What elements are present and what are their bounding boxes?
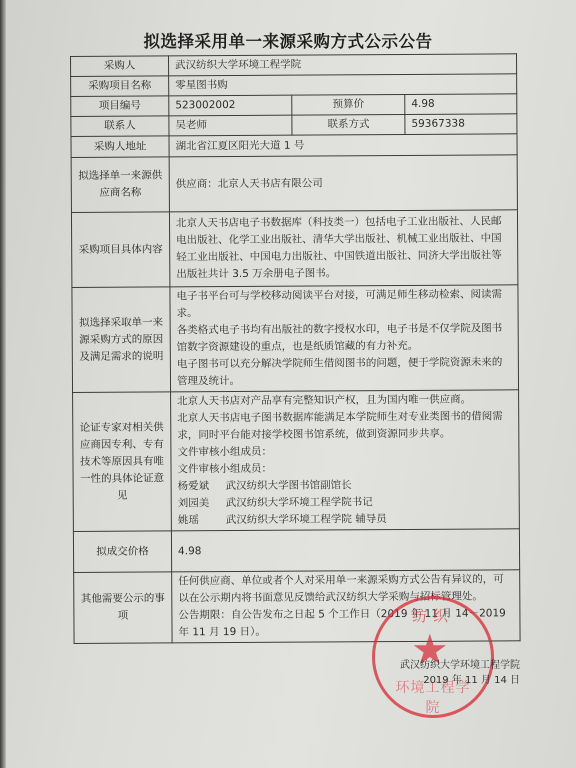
expert-value: 北京人天书店对产品享有完整知识产权，且为国内唯一供应商。 北京人天书店电子图书数… <box>171 390 520 531</box>
project-no-value: 523002002 <box>169 95 292 116</box>
supplier-label: 拟选择单一来源供应商名称 <box>71 157 169 213</box>
member-title: 武汉纺织大学图书馆副馆长 <box>226 477 352 495</box>
signature-block: 武汉纺织大学环境工程学院 2019 年 11 月 14 日 <box>360 658 520 688</box>
content-label: 采购项目具体内容 <box>71 212 169 288</box>
deal-price-value: 4.98 <box>171 529 519 572</box>
other-label: 其他需要公示的事项 <box>74 572 172 644</box>
budget-value: 4.98 <box>405 94 517 115</box>
page-edge-shadow <box>0 0 6 768</box>
expert-label: 论证专家对相关供应商因专利、专有技术等原因具有唯一性的具体论证意见 <box>73 392 172 532</box>
review-member: 杨爱斌 武汉纺织大学图书馆副馆长 <box>178 476 513 495</box>
signature-org: 武汉纺织大学环境工程学院 <box>360 658 520 673</box>
row-contact: 联系人 吴老师 联系方式 59367338 <box>71 114 517 137</box>
review-member: 刘园美 武汉纺织大学环境工程学院书记 <box>178 493 513 512</box>
row-supplier: 拟选择单一来源供应商名称 供应商：北京人天书店有限公司 <box>71 155 517 213</box>
contact-value: 吴老师 <box>169 115 292 136</box>
expert-line: 文件审核小组成员： <box>177 442 512 461</box>
row-project-name: 采购项目名称 零星图书购 <box>71 74 517 97</box>
purchaser-label: 采购人 <box>71 56 169 77</box>
row-deal-price: 拟成交价格 4.98 <box>73 529 519 573</box>
supplier-value: 供应商：北京人天书店有限公司 <box>169 155 517 212</box>
reason-line: 各类格式电子书均有出版社的数字授权水印，电子书是不仅学院及图书馆数字资源建设的重… <box>177 320 512 356</box>
row-content: 采购项目具体内容 北京人天书店电子书数据库（科技类一）包括电子工业出版社、人民邮… <box>71 210 517 288</box>
row-project-no: 项目编号 523002002 预算价 4.98 <box>71 94 517 117</box>
row-address: 采购人地址 湖北省江夏区阳光大道 1 号 <box>71 134 517 158</box>
deal-price-label: 拟成交价格 <box>73 531 171 573</box>
row-purchaser: 采购人 武汉纺织大学环境工程学院 <box>71 54 517 77</box>
reason-label: 拟选择采取单一来源采购方式的原因及满足需求的说明 <box>72 287 171 393</box>
member-name: 杨爱斌 <box>178 478 226 495</box>
project-name-label: 采购项目名称 <box>71 76 169 97</box>
reason-line: 电子图书可以充分解决学院师生借阅图书的问题，便于学院资源未来的管理及统计。 <box>177 354 512 390</box>
other-line: 任何供应商、单位或者个人对采用单一来源采购方式公告有异议的，可以在公示期内将书面… <box>178 571 513 607</box>
contact-label: 联系人 <box>71 116 169 137</box>
member-title: 武汉纺织大学环境工程学院书记 <box>226 494 373 512</box>
document-title: 拟选择采用单一来源采购方式公示公告 <box>0 28 576 52</box>
member-name: 姚瑶 <box>178 512 226 529</box>
address-value: 湖北省江夏区阳光大道 1 号 <box>169 134 517 157</box>
seal-top-text: 纺织 <box>389 605 477 626</box>
address-label: 采购人地址 <box>71 136 169 158</box>
purchaser-value: 武汉纺织大学环境工程学院 <box>169 54 517 76</box>
expert-line: 北京人天书店对产品享有完整知识产权，且为国内唯一供应商。 <box>177 391 512 410</box>
row-reason: 拟选择采取单一来源采购方式的原因及满足需求的说明 电子书平台可与学校移动阅读平台… <box>72 285 519 393</box>
expert-line: 北京人天书店电子图书数据库能满足本学院师生对专业类图书的借阅需求，同时平台能对接… <box>177 408 512 444</box>
project-no-label: 项目编号 <box>71 96 169 117</box>
row-expert-opinion: 论证专家对相关供应商因专利、专有技术等原因具有唯一性的具体论证意见 北京人天书店… <box>73 390 520 532</box>
project-name-value: 零星图书购 <box>169 74 517 96</box>
content-value: 北京人天书店电子书数据库（科技类一）包括电子工业出版社、人民邮电出版社、化学工业… <box>169 210 517 287</box>
member-title: 武汉纺织大学环境工程学院 辅导员 <box>226 511 387 529</box>
reason-line: 电子书平台可与学校移动阅读平台对接，可满足师生移动检索、阅读需求。 <box>176 286 511 322</box>
expert-line: 文件审核小组成员： <box>177 459 512 478</box>
phone-value: 59367338 <box>405 114 517 135</box>
review-member: 姚瑶 武汉纺织大学环境工程学院 辅导员 <box>178 510 513 529</box>
member-name: 刘园美 <box>178 495 226 512</box>
phone-label: 联系方式 <box>292 114 405 135</box>
budget-label: 预算价 <box>292 94 405 115</box>
reason-value: 电子书平台可与学校移动阅读平台对接，可满足师生移动检索、阅读需求。 各类格式电子… <box>170 285 519 392</box>
official-seal: 纺织 ★ 环境工程学院 <box>372 596 494 718</box>
notice-table: 采购人 武汉纺织大学环境工程学院 采购项目名称 零星图书购 项目编号 52300… <box>70 53 521 644</box>
signature-date: 2019 年 11 月 14 日 <box>360 673 520 688</box>
